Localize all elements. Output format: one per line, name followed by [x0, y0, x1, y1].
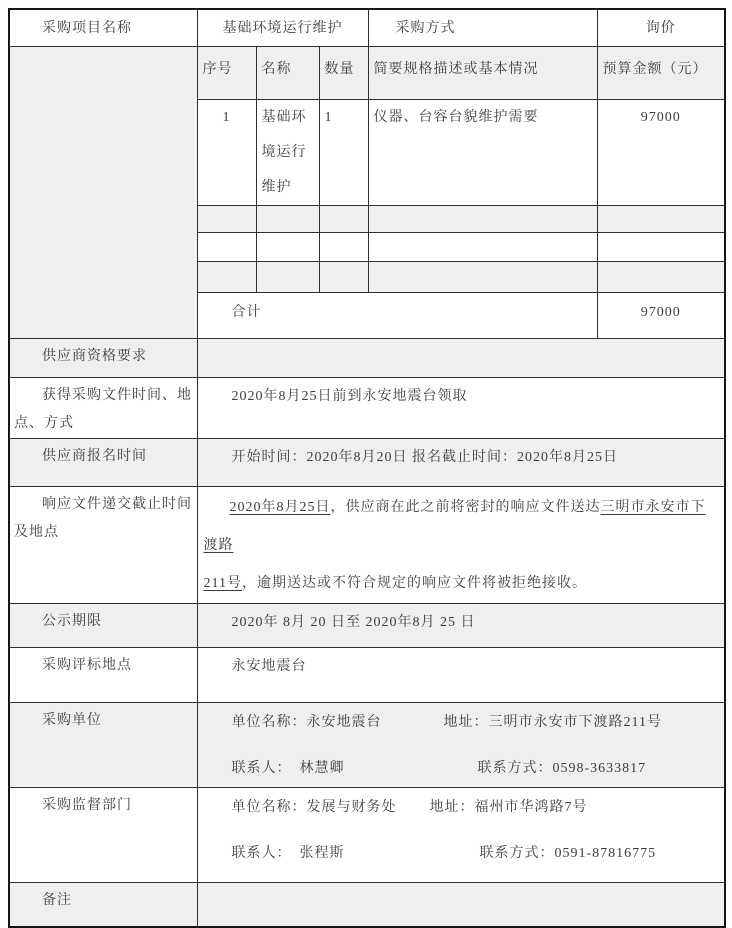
item-qty-cell: 1	[319, 99, 368, 205]
purchaser-contact-person: 联系人： 林慧卿	[232, 761, 345, 776]
purchaser-label-cell: 采购单位	[9, 702, 197, 787]
deadline-content-cell: 2020年8月25日，供应商在此之前将密封的响应文件送达三明市永安市下渡路211…	[197, 486, 725, 603]
project-name-label-cell: 采购项目名称	[9, 9, 197, 46]
purchasing-unit-row: 采购单位 单位名称：永安地震台 地址：三明市永安市下渡路211号 联系人： 林慧…	[9, 702, 725, 787]
deadline-address-number-underlined: 211号	[204, 576, 242, 591]
item-spec-cell: 仪器、台容台貌维护需要	[368, 99, 597, 205]
signup-time-row: 供应商报名时间 开始时间：2020年8月20日 报名截止时间：2020年8月25…	[9, 438, 725, 486]
item-name-cell: 基础环境运行维护	[256, 99, 319, 205]
left-spacer-cell	[9, 46, 197, 338]
purchaser-contact-line: 联系人： 林慧卿 联系方式：0598-3633817	[198, 759, 725, 779]
empty-cell	[368, 261, 597, 292]
empty-cell	[597, 261, 725, 292]
empty-cell	[197, 261, 256, 292]
supervisor-address: 地址：福州市华鸿路7号	[430, 798, 588, 818]
supervisor-contact-line: 联系人： 张程斯 联系方式：0591-87816775	[198, 844, 725, 864]
header-row: 采购项目名称 基础环境运行维护 采购方式 询价	[9, 9, 725, 46]
signup-label-cell: 供应商报名时间	[9, 438, 197, 486]
qualification-row: 供应商资格要求	[9, 338, 725, 377]
empty-cell	[319, 261, 368, 292]
venue-content-cell: 永安地震台	[197, 647, 725, 702]
obtain-content-cell: 2020年8月25日前到永安地震台领取	[197, 377, 725, 438]
empty-cell	[319, 232, 368, 261]
empty-cell	[368, 205, 597, 232]
supervising-department-row: 采购监督部门 单位名称：发展与财务处 地址：福州市华鸿路7号 联系人： 张程斯 …	[9, 787, 725, 882]
empty-cell	[197, 232, 256, 261]
qualification-label-cell: 供应商资格要求	[9, 338, 197, 377]
supervisor-contact-person: 联系人： 张程斯	[232, 846, 345, 861]
item-budget-cell: 97000	[597, 99, 725, 205]
publicity-period-row: 公示期限 2020年 8月 20 日至 2020年8月 25 日	[9, 603, 725, 647]
col-header-spec: 简要规格描述或基本情况	[368, 46, 597, 99]
purchaser-content-cell: 单位名称：永安地震台 地址：三明市永安市下渡路211号 联系人： 林慧卿 联系方…	[197, 702, 725, 787]
supervisor-label-cell: 采购监督部门	[9, 787, 197, 882]
obtain-label-cell: 获得采购文件时间、地点、方式	[9, 377, 197, 438]
empty-cell	[597, 232, 725, 261]
remarks-content-cell	[197, 882, 725, 927]
deadline-label-cell: 响应文件递交截止时间及地点	[9, 486, 197, 603]
empty-cell	[197, 205, 256, 232]
publicity-label-cell: 公示期限	[9, 603, 197, 647]
empty-cell	[368, 232, 597, 261]
empty-cell	[319, 205, 368, 232]
procurement-notice-table: 采购项目名称 基础环境运行维护 采购方式 询价 序号 名称 数量 简要规格描述或…	[8, 8, 726, 928]
supervisor-org-name: 单位名称：发展与财务处	[232, 800, 397, 815]
empty-cell	[256, 205, 319, 232]
purchaser-org-line: 单位名称：永安地震台 地址：三明市永安市下渡路211号	[198, 713, 725, 733]
signup-content-cell: 开始时间：2020年8月20日 报名截止时间：2020年8月25日	[197, 438, 725, 486]
method-value-cell: 询价	[597, 9, 725, 46]
response-deadline-row: 响应文件递交截止时间及地点 2020年8月25日，供应商在此之前将密封的响应文件…	[9, 486, 725, 603]
items-column-header-row: 序号 名称 数量 简要规格描述或基本情况 预算金额（元）	[9, 46, 725, 99]
col-header-name: 名称	[256, 46, 319, 99]
total-label-cell: 合计	[197, 292, 597, 338]
evaluation-venue-row: 采购评标地点 永安地震台	[9, 647, 725, 702]
col-header-qty: 数量	[319, 46, 368, 99]
publicity-content-cell: 2020年 8月 20 日至 2020年8月 25 日	[197, 603, 725, 647]
purchaser-address: 地址：三明市永安市下渡路211号	[444, 713, 662, 733]
supervisor-content-cell: 单位名称：发展与财务处 地址：福州市华鸿路7号 联系人： 张程斯 联系方式：05…	[197, 787, 725, 882]
project-name-value-cell: 基础环境运行维护	[197, 9, 368, 46]
empty-cell	[597, 205, 725, 232]
deadline-text: ，供应商在此之前将密封的响应文件送达	[331, 500, 601, 515]
purchaser-org-name: 单位名称：永安地震台	[232, 715, 382, 730]
deadline-date-underlined: 2020年8月25日	[230, 500, 331, 515]
method-label-cell: 采购方式	[368, 9, 597, 46]
col-header-budget: 预算金额（元）	[597, 46, 725, 99]
purchaser-phone: 联系方式：0598-3633817	[478, 759, 647, 779]
obtain-documents-row: 获得采购文件时间、地点、方式 2020年8月25日前到永安地震台领取	[9, 377, 725, 438]
deadline-reject-text: ，逾期送达或不符合规定的响应文件将被拒绝接收。	[242, 576, 587, 591]
item-no-cell: 1	[197, 99, 256, 205]
remarks-row: 备注	[9, 882, 725, 927]
total-value-cell: 97000	[597, 292, 725, 338]
empty-cell	[256, 261, 319, 292]
supervisor-phone: 联系方式：0591-87816775	[480, 844, 657, 864]
qualification-content-cell	[197, 338, 725, 377]
empty-cell	[256, 232, 319, 261]
remarks-label-cell: 备注	[9, 882, 197, 927]
supervisor-org-line: 单位名称：发展与财务处 地址：福州市华鸿路7号	[198, 798, 725, 818]
col-header-no: 序号	[197, 46, 256, 99]
venue-label-cell: 采购评标地点	[9, 647, 197, 702]
